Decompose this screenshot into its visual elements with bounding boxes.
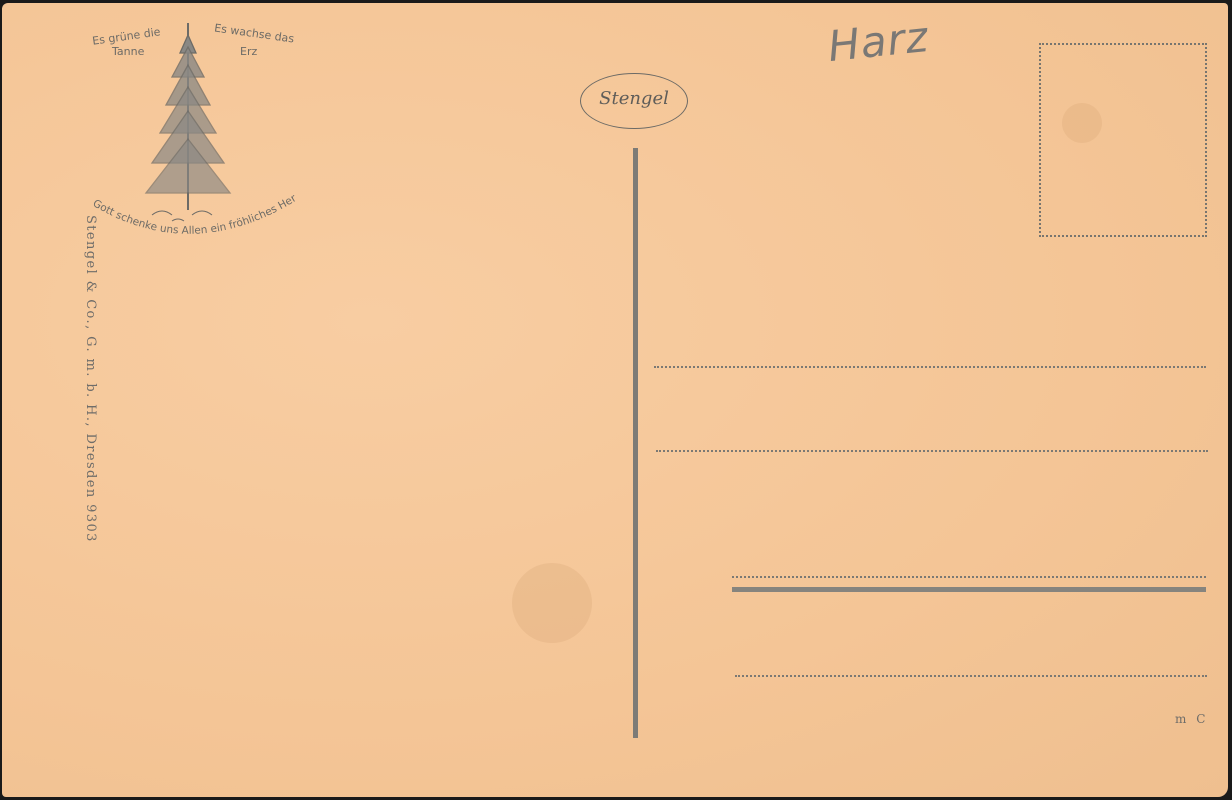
- center-divider: [633, 148, 638, 738]
- stamp-box: [1039, 43, 1207, 237]
- fir-tree-icon: Gott schenke uns Allen ein fröhliches He…: [72, 15, 322, 255]
- emblem: Gott schenke uns Allen ein fröhliches He…: [72, 15, 322, 255]
- postcard-back: Gott schenke uns Allen ein fröhliches He…: [2, 3, 1228, 797]
- publisher-imprint: Stengel & Co., G. m. b. H., Dresden 9303: [68, 215, 98, 595]
- logo-text: Stengel: [580, 88, 688, 109]
- paper-stain: [512, 563, 592, 643]
- address-line-4: [735, 675, 1207, 677]
- address-line-underline: [732, 587, 1206, 592]
- handwritten-note: Harz: [826, 12, 931, 71]
- printer-mark: m C: [1175, 712, 1208, 726]
- address-line-1: [654, 366, 1206, 368]
- motto-top-right-2: Erz: [240, 45, 257, 58]
- address-line-2: [656, 450, 1208, 452]
- publisher-logo: Stengel: [580, 73, 688, 129]
- address-line-3: [732, 576, 1206, 578]
- motto-top-left-2: Tanne: [112, 45, 144, 58]
